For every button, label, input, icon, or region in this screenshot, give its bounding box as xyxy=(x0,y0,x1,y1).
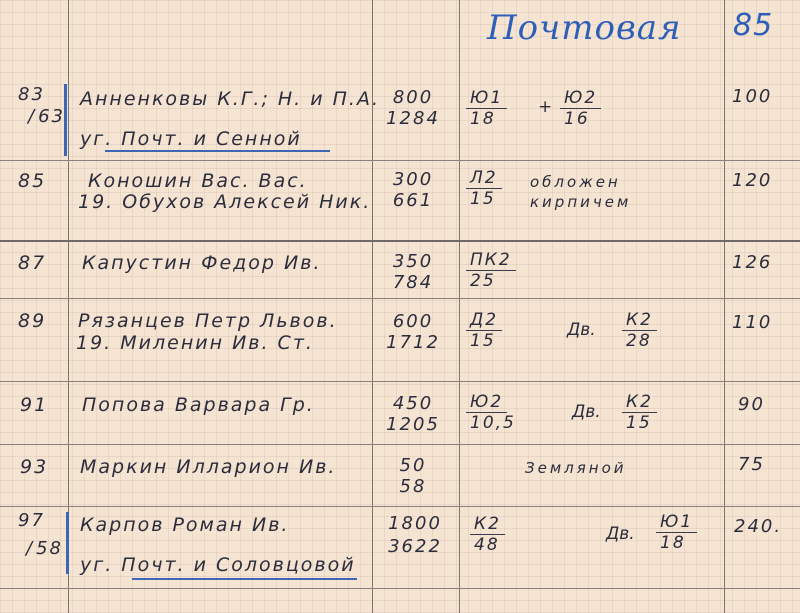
house-number-top: 83 xyxy=(18,84,45,105)
ledger-page: Почтовая 85 83 /63 Анненковы К.Г.; Н. и … xyxy=(0,0,800,613)
corner-marker xyxy=(66,512,69,574)
fraction: Л2 15 xyxy=(466,168,502,209)
street-title: Почтовая xyxy=(487,8,682,48)
fraction: Ю1 18 xyxy=(466,88,507,129)
qty-top: 800 xyxy=(378,86,448,109)
qty-top: 50 xyxy=(378,454,448,477)
row-rule xyxy=(0,444,800,445)
fraction: Ю2 16 xyxy=(560,88,601,129)
joiner: + xyxy=(538,97,552,117)
row-rule xyxy=(0,506,800,507)
house-number: 85 xyxy=(18,170,46,192)
qty-top: 600 xyxy=(378,310,448,333)
qty-bottom: 1712 xyxy=(378,331,448,354)
house-number-bottom: /58 xyxy=(26,538,63,559)
owner-name: Капустин Федор Ив. xyxy=(82,250,321,276)
qty-bottom: 1284 xyxy=(378,107,448,130)
amount: 75 xyxy=(738,454,765,475)
house-number-bottom: /63 xyxy=(28,106,65,127)
fraction: К2 28 xyxy=(622,310,657,351)
owner-name: Маркин Илларион Ив. xyxy=(80,454,336,480)
prefix-label: Дв. xyxy=(567,320,596,340)
page-number: 85 xyxy=(733,8,773,43)
amount: 126 xyxy=(732,252,772,273)
owner-name: Карпов Роман Ив. xyxy=(80,512,289,538)
fraction: ПК2 25 xyxy=(466,250,516,291)
amount: 240. xyxy=(734,516,782,537)
qty-top: 1800 xyxy=(380,512,450,535)
address-underline xyxy=(132,578,357,580)
amount: 90 xyxy=(738,394,765,415)
fraction: К2 48 xyxy=(470,514,505,555)
owner-name: Попова Варвара Гр. xyxy=(82,392,315,418)
prefix-label: Дв. xyxy=(606,524,635,544)
qty-bottom: 1205 xyxy=(378,413,448,436)
house-number: 87 xyxy=(18,252,46,274)
row-rule xyxy=(0,588,800,589)
owner-name: Анненковы К.Г.; Н. и П.А. xyxy=(80,86,380,112)
qty-top: 450 xyxy=(378,392,448,415)
corner-marker xyxy=(64,84,67,156)
column-rule-notes xyxy=(724,0,725,613)
fraction: Ю1 18 xyxy=(656,512,697,553)
fraction: Ю2 10,5 xyxy=(466,392,520,433)
note: обложен xyxy=(530,172,621,192)
qty-top: 300 xyxy=(378,168,448,191)
house-number: 89 xyxy=(18,310,46,332)
qty-bottom: 3622 xyxy=(380,535,450,558)
fraction: Д2 15 xyxy=(466,310,502,351)
amount: 120 xyxy=(732,170,772,191)
owner-address: уг. Почт. и Соловцовой xyxy=(80,552,356,578)
row-rule xyxy=(0,160,800,161)
prefix-label: Дв. xyxy=(572,402,601,422)
fraction: К2 15 xyxy=(622,392,657,433)
row-rule xyxy=(0,298,800,299)
qty-bottom: 58 xyxy=(378,475,448,498)
house-number: 91 xyxy=(20,394,48,416)
note: Земляной xyxy=(525,458,627,478)
column-rule-qty xyxy=(459,0,460,613)
owner-name-secondary: 19. Миленин Ив. Ст. xyxy=(76,330,314,356)
note: кирпичем xyxy=(530,192,631,212)
house-number: 93 xyxy=(20,456,48,478)
row-rule xyxy=(0,240,800,242)
amount: 110 xyxy=(732,312,772,333)
address-underline xyxy=(105,150,330,152)
house-number-top: 97 xyxy=(18,510,45,531)
qty-bottom: 661 xyxy=(378,189,448,212)
owner-name-secondary: 19. Обухов Алексей Ник. xyxy=(78,189,371,215)
qty-top: 350 xyxy=(378,250,448,273)
qty-bottom: 784 xyxy=(378,271,448,294)
amount: 100 xyxy=(732,86,772,107)
row-rule xyxy=(0,381,800,382)
owner-address: уг. Почт. и Сенной xyxy=(80,126,302,152)
